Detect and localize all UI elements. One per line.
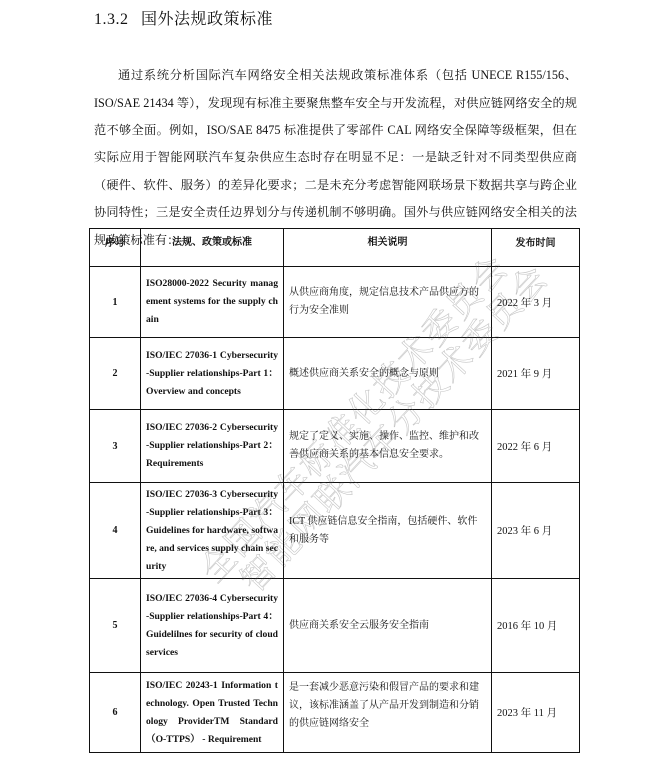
row-name: ISO28000-2022 Security management system… <box>141 267 284 338</box>
table-row: 4 ISO/IEC 27036-3 Cybersecurity-Supplier… <box>90 483 580 579</box>
row-date: 2022 年 6 月 <box>492 410 580 483</box>
row-name: ISO/IEC 20243-1 Information technology. … <box>141 673 284 753</box>
section-heading: 1.3.2 国外法规政策标准 <box>94 6 273 29</box>
table-row: 2 ISO/IEC 27036-1 Cybersecurity-Supplier… <box>90 338 580 410</box>
row-name: ISO/IEC 27036-4 Cybersecurity-Supplier r… <box>141 579 284 673</box>
table-row: 6 ISO/IEC 20243-1 Information technology… <box>90 673 580 753</box>
row-no: 6 <box>90 673 141 753</box>
row-name: ISO/IEC 27036-3 Cybersecurity-Supplier r… <box>141 483 284 579</box>
row-name: ISO/IEC 27036-1 Cybersecurity-Supplier r… <box>141 338 284 410</box>
row-no: 3 <box>90 410 141 483</box>
row-no: 4 <box>90 483 141 579</box>
row-desc: 供应商关系安全云服务安全指南 <box>284 579 492 673</box>
table-row: 3 ISO/IEC 27036-2 Cybersecurity-Supplier… <box>90 410 580 483</box>
section-title: 国外法规政策标准 <box>141 11 273 28</box>
table-row: 5 ISO/IEC 27036-4 Cybersecurity-Supplier… <box>90 579 580 673</box>
row-no: 5 <box>90 579 141 673</box>
row-no: 1 <box>90 267 141 338</box>
header-no: 序号 <box>90 229 141 267</box>
header-date: 发布时间 <box>492 229 580 267</box>
row-desc: 规定了定义、实施、操作、监控、维护和改善供应商关系的基本信息安全要求。 <box>284 410 492 483</box>
row-date: 2023 年 6 月 <box>492 483 580 579</box>
row-date: 2022 年 3 月 <box>492 267 580 338</box>
row-date: 2016 年 10 月 <box>492 579 580 673</box>
header-desc: 相关说明 <box>284 229 492 267</box>
row-desc: 概述供应商关系安全的概念与原则 <box>284 338 492 410</box>
row-name: ISO/IEC 27036-2 Cybersecurity-Supplier r… <box>141 410 284 483</box>
row-date: 2021 年 9 月 <box>492 338 580 410</box>
table-header-row: 序号 法规、政策或标准 相关说明 发布时间 <box>90 229 580 267</box>
row-desc: 从供应商角度，规定信息技术产品供应方的行为安全准则 <box>284 267 492 338</box>
row-desc: 是一套减少恶意污染和假冒产品的要求和建议，该标准涵盖了从产品开发到制造和分销的供… <box>284 673 492 753</box>
row-date: 2023 年 11 月 <box>492 673 580 753</box>
header-name: 法规、政策或标准 <box>141 229 284 267</box>
table-row: 1 ISO28000-2022 Security management syst… <box>90 267 580 338</box>
intro-paragraph: 通过系统分析国际汽车网络安全相关法规政策标准体系（包括 UNECE R155/1… <box>94 62 577 254</box>
standards-table: 序号 法规、政策或标准 相关说明 发布时间 1 ISO28000-2022 Se… <box>89 228 580 753</box>
row-no: 2 <box>90 338 141 410</box>
row-desc: ICT 供应链信息安全指南，包括硬件、软件和服务等 <box>284 483 492 579</box>
section-number: 1.3.2 <box>94 11 129 28</box>
